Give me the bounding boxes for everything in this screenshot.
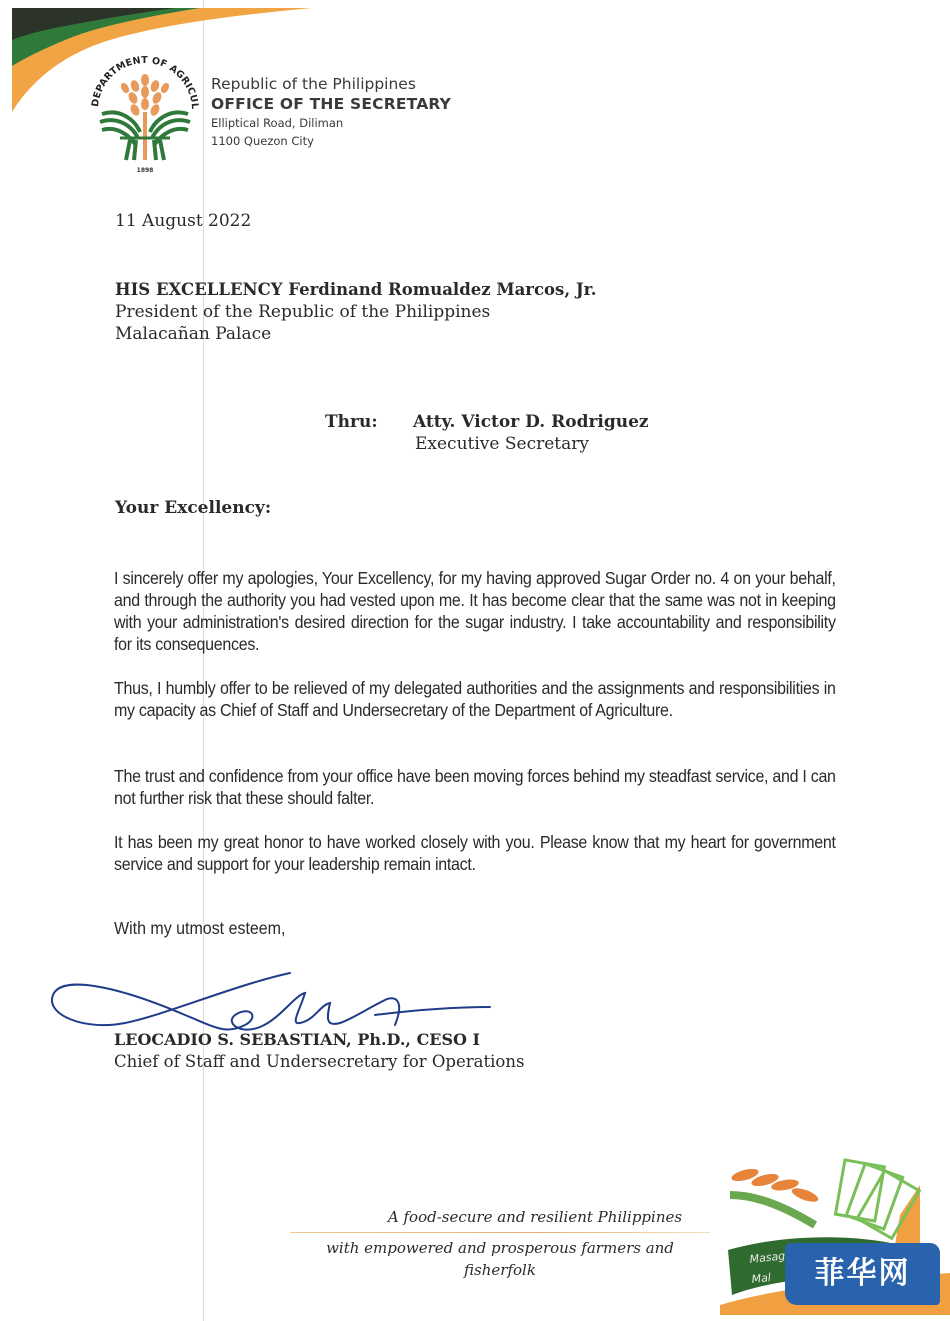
addressee-block: HIS EXCELLENCY Ferdinand Romualdez Marco… (115, 279, 597, 345)
department-of-agriculture-seal: DEPARTMENT OF AGRICULTURE 1898 (80, 52, 210, 177)
thru-name: Atty. Victor D. Rodriguez (413, 411, 649, 433)
addressee-name: HIS EXCELLENCY Ferdinand Romualdez Marco… (115, 279, 597, 301)
tagline-line1: A food-secure and resilient Philippines (290, 1206, 710, 1228)
signer-title: Chief of Staff and Undersecretary for Op… (114, 1051, 524, 1073)
site-watermark: 菲华网 (785, 1243, 940, 1305)
thru-label: Thru: (325, 411, 378, 433)
body-paragraph: Thus, I humbly offer to be relieved of m… (114, 677, 836, 721)
address-line2: 1100 Quezon City (211, 132, 451, 150)
body-paragraph: The trust and confidence from your offic… (114, 765, 836, 809)
svg-text:Mal: Mal (751, 1271, 772, 1286)
tagline-rule (290, 1232, 710, 1233)
body-paragraph: I sincerely offer my apologies, Your Exc… (114, 567, 836, 655)
signer-block: LEOCADIO S. SEBASTIAN, Ph.D., CESO I Chi… (114, 1029, 524, 1073)
body-paragraph: It has been my great honor to have worke… (114, 831, 836, 875)
svg-text:DEPARTMENT OF AGRICULTURE: DEPARTMENT OF AGRICULTURE (80, 52, 200, 109)
scan-fold-line (203, 0, 204, 1321)
footer-tagline: A food-secure and resilient Philippines … (290, 1206, 710, 1281)
republic-label: Republic of the Philippines (211, 74, 451, 94)
svg-text:1898: 1898 (137, 167, 154, 174)
addressee-location: Malacañan Palace (115, 323, 597, 345)
letter-date: 11 August 2022 (115, 211, 251, 231)
tagline-line2: with empowered and prosperous farmers an… (290, 1237, 710, 1281)
address-line1: Elliptical Road, Diliman (211, 114, 451, 132)
salutation: Your Excellency: (115, 498, 271, 518)
signer-name: LEOCADIO S. SEBASTIAN, Ph.D., CESO I (114, 1029, 524, 1051)
office-label: OFFICE OF THE SECRETARY (211, 94, 451, 114)
closing: With my utmost esteem, (114, 918, 285, 939)
addressee-title: President of the Republic of the Philipp… (115, 301, 597, 323)
thru-title: Executive Secretary (413, 433, 649, 455)
letterhead-text: Republic of the Philippines OFFICE OF TH… (211, 74, 451, 150)
